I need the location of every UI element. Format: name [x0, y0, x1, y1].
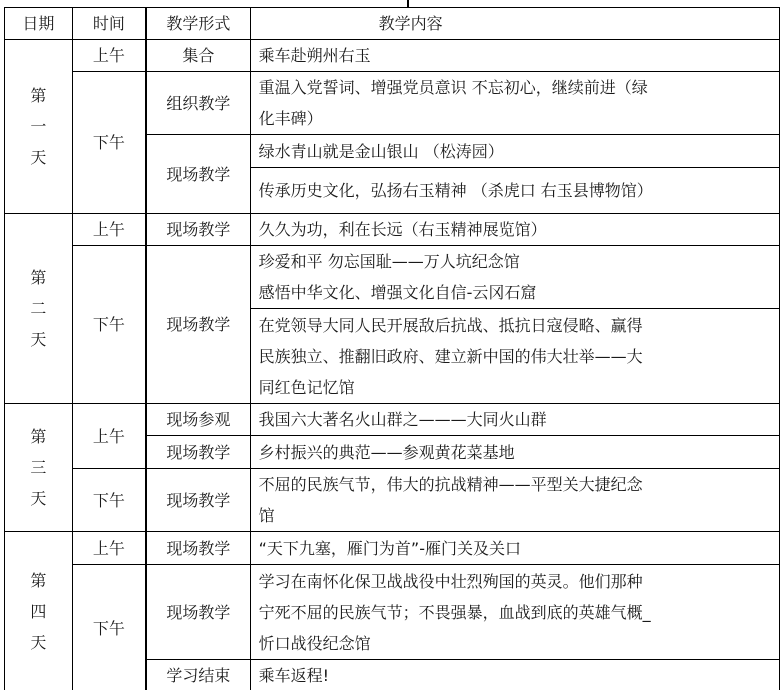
day-cell-1: 第 一 天 — [5, 40, 73, 214]
time-cell: 上午 — [72, 214, 146, 246]
day-char: 天 — [30, 627, 46, 658]
form-cell: 现场教学 — [146, 246, 250, 404]
table-row: 第 四 天 上午 现场教学 “天下九塞，雁门为首”-雁门关及关口 — [5, 532, 780, 565]
day-char: 第 — [30, 565, 46, 596]
header-time: 时间 — [72, 8, 146, 40]
form-cell: 现场教学 — [146, 214, 250, 246]
form-cell: 现场教学 — [146, 469, 250, 532]
content-cell: 乡村振兴的典范——参观黄花菜基地 — [250, 436, 779, 469]
day-char: 三 — [30, 452, 46, 483]
day-char: 天 — [30, 324, 46, 355]
header-content: 教学内容 — [250, 8, 779, 40]
header-day: 日期 — [5, 8, 73, 40]
content-cell: 在党领导大同人民开展敌后抗战、抵抗日寇侵略、赢得 民族独立、推翻旧政府、建立新中… — [250, 309, 779, 404]
day-char: 第 — [30, 421, 46, 452]
header-form: 教学形式 — [146, 8, 250, 40]
day-cell-4: 第 四 天 — [5, 532, 73, 690]
schedule-table: 日期 时间 教学形式 教学内容 第 一 天 上午 集合 乘车赴朔州右玉 下午 组… — [4, 7, 780, 690]
table-row: 第 二 天 上午 现场教学 久久为功，利在长远（右玉精神展览馆） — [5, 214, 780, 246]
content-cell: 乘车返程! — [250, 660, 779, 690]
content-cell: 久久为功，利在长远（右玉精神展览馆） — [250, 214, 779, 246]
time-cell: 下午 — [72, 565, 146, 690]
form-cell: 现场教学 — [146, 532, 250, 565]
table-row: 下午 组织教学 重温入党誓词、增强党员意识 不忘初心，继续前进（绿 化丰碑） — [5, 72, 780, 135]
time-cell: 下午 — [72, 469, 146, 532]
day-cell-3: 第 三 天 — [5, 404, 73, 532]
time-cell: 上午 — [72, 532, 146, 565]
time-cell: 下午 — [72, 246, 146, 404]
top-connector-line — [407, 0, 409, 7]
day-char: 第 — [30, 262, 46, 293]
form-cell: 现场教学 — [146, 436, 250, 469]
day-char: 天 — [30, 483, 46, 514]
content-cell: 不屈的民族气节，伟大的抗战精神——平型关大捷纪念 馆 — [250, 469, 779, 532]
content-cell: 珍爱和平 勿忘国耻——万人坑纪念馆 感悟中华文化、增强文化自信-云冈石窟 — [250, 246, 779, 309]
content-cell: 重温入党誓词、增强党员意识 不忘初心，继续前进（绿 化丰碑） — [250, 72, 779, 135]
day-cell-2: 第 二 天 — [5, 214, 73, 404]
content-cell: 绿水青山就是金山银山 （松涛园） — [250, 135, 779, 168]
form-cell: 学习结束 — [146, 660, 250, 690]
content-cell: 传承历史文化，弘扬右玉精神 （杀虎口 右玉县博物馆） — [250, 168, 779, 214]
content-cell: “天下九塞，雁门为首”-雁门关及关口 — [250, 532, 779, 565]
day-char: 四 — [30, 596, 46, 627]
content-cell: 学习在南怀化保卫战战役中壮烈殉国的英灵。他们那种 宁死不屈的民族气节；不畏强暴，… — [250, 565, 779, 660]
day-char: 一 — [30, 111, 46, 142]
form-cell: 组织教学 — [146, 72, 250, 135]
time-cell: 上午 — [72, 404, 146, 469]
form-cell: 现场教学 — [146, 565, 250, 660]
day-char: 第 — [30, 80, 46, 111]
form-cell: 现场参观 — [146, 404, 250, 436]
form-cell: 现场教学 — [146, 135, 250, 214]
content-cell: 我国六大著名火山群之———大同火山群 — [250, 404, 779, 436]
day-char: 天 — [30, 142, 46, 173]
time-cell: 下午 — [72, 72, 146, 214]
table-row: 下午 现场教学 珍爱和平 勿忘国耻——万人坑纪念馆 感悟中华文化、增强文化自信-… — [5, 246, 780, 309]
header-row: 日期 时间 教学形式 教学内容 — [5, 8, 780, 40]
form-cell: 集合 — [146, 40, 250, 72]
table-row: 下午 现场教学 不屈的民族气节，伟大的抗战精神——平型关大捷纪念 馆 — [5, 469, 780, 532]
table-row: 第 三 天 上午 现场参观 我国六大著名火山群之———大同火山群 — [5, 404, 780, 436]
table-row: 下午 现场教学 学习在南怀化保卫战战役中壮烈殉国的英灵。他们那种 宁死不屈的民族… — [5, 565, 780, 660]
table-row: 第 一 天 上午 集合 乘车赴朔州右玉 — [5, 40, 780, 72]
content-cell: 乘车赴朔州右玉 — [250, 40, 779, 72]
time-cell: 上午 — [72, 40, 146, 72]
day-char: 二 — [30, 293, 46, 324]
